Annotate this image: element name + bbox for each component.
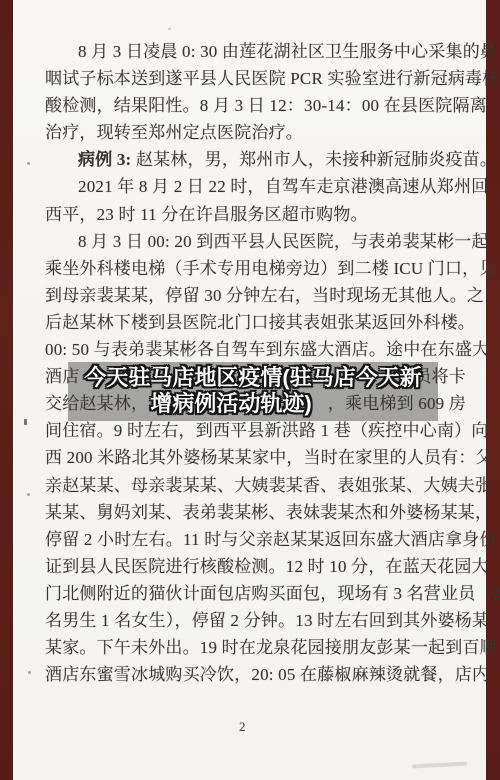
text-line: 酒店东蜜雪冰城购买冷饮，20: 05 在藤椒麻辣烫就餐，店内 bbox=[45, 661, 466, 688]
text-line: 咽试子标本送到遂平县人民医院 PCR 实验室进行新冠病毒核 bbox=[45, 65, 466, 92]
scan-speck bbox=[24, 419, 27, 425]
overlay-title-line1: 今天驻马店地区疫情(驻马店今天新 bbox=[68, 365, 438, 391]
right-edge-border bbox=[486, 0, 500, 780]
text-line: 证到县人民医院进行核酸检测。12 时 10 分，在蓝天花园大 bbox=[45, 553, 466, 580]
scan-speck bbox=[27, 162, 30, 165]
text-line: 后赵某林下楼到县医院北门口接其表姐张某返回外科楼。 bbox=[45, 309, 466, 336]
left-edge-border bbox=[0, 0, 13, 780]
text-line: 西平，23 时 11 分在许昌服务区超市购物。 bbox=[45, 201, 466, 228]
text-line: 乘坐外科楼电梯（手术专用电梯旁边）到二楼 ICU 门口，见 bbox=[45, 255, 466, 282]
overlay-title-line2: 增病例活动轨迹) bbox=[46, 391, 416, 417]
text-line: 8 月 3 日凌晨 0: 30 由莲花湖社区卫生服务中心采集的鼻 bbox=[45, 38, 466, 65]
scan-speck bbox=[168, 28, 171, 30]
scan-speck bbox=[27, 493, 30, 496]
page-number: 2 bbox=[239, 719, 247, 735]
text-line: 到母亲裴某某，停留 30 分钟左右，当时现场无其他人。之 bbox=[45, 282, 466, 309]
case-label: 病例 3: bbox=[78, 150, 131, 169]
text-line: 病例 3: 赵某林，男，郑州市人，未接种新冠肺炎疫苗。 bbox=[45, 146, 466, 173]
text-line: 某家。下午未外出。19 时在龙泉花园接朋友彭某一起到百顺 bbox=[45, 634, 466, 661]
text-line: 名男生 1 名女生），停留 2 分钟。13 时左右回到其外婆杨某 bbox=[45, 607, 466, 634]
scan-speck bbox=[28, 671, 31, 674]
text-line: 治疗，现转至郑州定点医院治疗。 bbox=[45, 119, 466, 146]
text-line: 亲赵某某、母亲裴某某、大姨裴某香、表姐张某、大姨夫张 bbox=[45, 472, 466, 499]
text-line: 停留 2 小时左右。11 时与父亲赵某某返回东盛大酒店拿身份 bbox=[45, 526, 466, 553]
text-line: 门北侧附近的猫伙计面包店购买面包，现场有 3 名营业员（2 bbox=[45, 580, 466, 607]
text-line: 8 月 3 日 00: 20 到西平县人民医院，与表弟裴某彬一起 bbox=[45, 228, 466, 255]
text-line: 2021 年 8 月 2 日 22 时，自驾车走京港澳高速从郑州回 bbox=[45, 173, 466, 200]
title-overlay: 今天驻马店地区疫情(驻马店今天新 增病例活动轨迹) bbox=[68, 362, 438, 421]
text-line: 间住宿。9 时左右，到西平县新洪路 1 巷（疾控中心南）向 bbox=[45, 417, 466, 444]
text-line: 酸检测，结果阳性。8 月 3 日 12：30-14：00 在县医院隔离 bbox=[45, 92, 466, 119]
text-line: 00: 50 与表弟裴某彬各自驾车到东盛大酒店。途中在东盛大 bbox=[45, 336, 466, 363]
text-line: 西 200 米路北其外婆杨某某家中，当时在家里的人员有：父 bbox=[45, 444, 466, 471]
text-line: 某某、舅妈刘某、表弟裴某彬、表妹裴某杰和外婆杨某某， bbox=[45, 499, 466, 526]
